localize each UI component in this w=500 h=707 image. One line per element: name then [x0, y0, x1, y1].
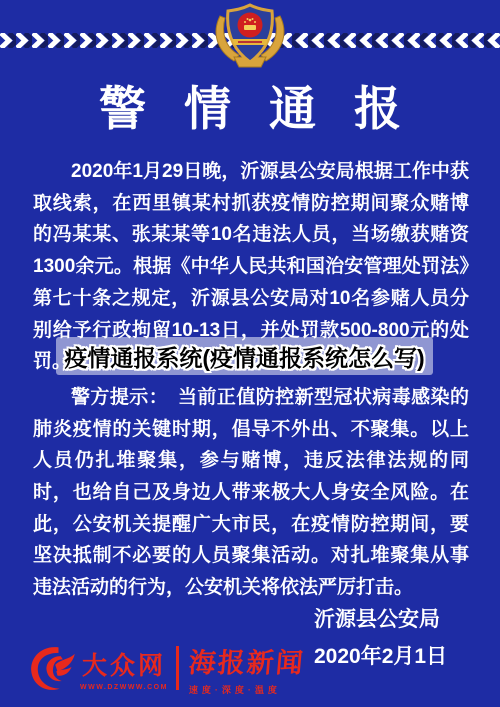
dazhong-logo: 大众网 WWW.DZWWW.COM	[80, 646, 168, 691]
body-paragraph-2: 警方提示： 当前正值防控新型冠状病毒感染的肺炎疫情的关键时期，倡导不外出、不聚集…	[33, 382, 469, 604]
signature-org: 沂源县公安局	[314, 601, 447, 638]
footer-logos: 大众网 WWW.DZWWW.COM 海报新闻 速度·深度·温度	[26, 638, 305, 698]
dazhong-phoenix-icon	[26, 642, 78, 694]
dazhong-url-text: WWW.DZWWW.COM	[80, 684, 168, 691]
signature-date: 2020年2月1日	[314, 638, 447, 675]
dazhong-logo-text: 大众网	[80, 646, 168, 682]
haibao-slogan-text: 速度·深度·温度	[189, 683, 305, 696]
logo-divider	[176, 646, 179, 690]
notice-title: 警情通报	[0, 72, 500, 139]
notice-body: 2020年1月29日晚，沂源县公安局根据工作中获取线索，在西里镇某村抓获疫情防控…	[33, 156, 469, 604]
watermark-overlay-bar: 疫情通报系统(疫情通报系统怎么写)	[56, 337, 433, 375]
police-notice-poster: 警情通报 2020年1月29日晚，沂源县公安局根据工作中获取线索，在西里镇某村抓…	[0, 0, 500, 707]
haibao-logo-text: 海报新闻	[187, 641, 306, 680]
haibao-logo: 海报新闻 速度·深度·温度	[189, 641, 305, 696]
watermark-text: 疫情通报系统(疫情通报系统怎么写)	[64, 340, 424, 373]
signature-block: 沂源县公安局 2020年2月1日	[314, 601, 447, 675]
police-badge-icon	[204, 2, 296, 68]
